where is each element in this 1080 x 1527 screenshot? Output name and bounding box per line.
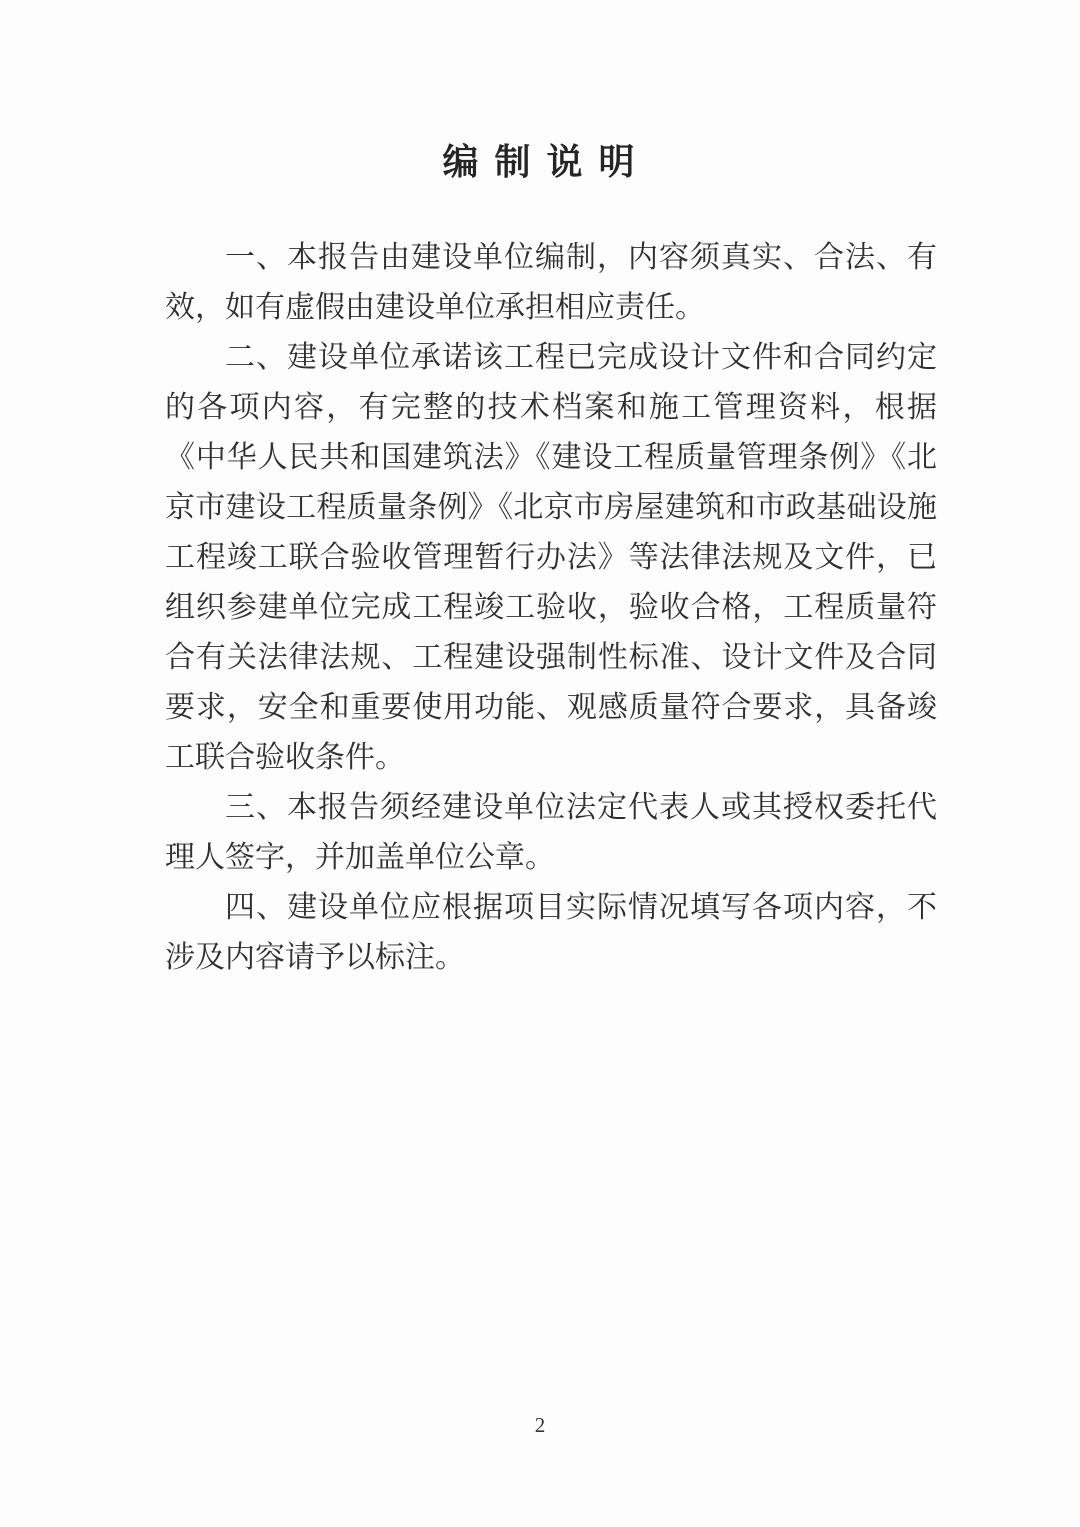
paragraph-3: 三、本报告须经建设单位法定代表人或其授权委托代理人签字，并加盖单位公章。 <box>165 783 937 883</box>
paragraph-2: 二、建设单位承诺该工程已完成设计文件和合同约定的各项内容，有完整的技术档案和施工… <box>165 333 937 783</box>
document-title: 编 制 说 明 <box>0 134 1080 185</box>
document-page: 编 制 说 明 一、本报告由建设单位编制，内容须真实、合法、有效，如有虚假由建设… <box>0 0 1080 1527</box>
paragraph-4: 四、建设单位应根据项目实际情况填写各项内容，不涉及内容请予以标注。 <box>165 883 937 983</box>
page-number: 2 <box>0 1413 1080 1438</box>
document-body: 一、本报告由建设单位编制，内容须真实、合法、有效，如有虚假由建设单位承担相应责任… <box>165 233 937 983</box>
paragraph-1: 一、本报告由建设单位编制，内容须真实、合法、有效，如有虚假由建设单位承担相应责任… <box>165 233 937 333</box>
